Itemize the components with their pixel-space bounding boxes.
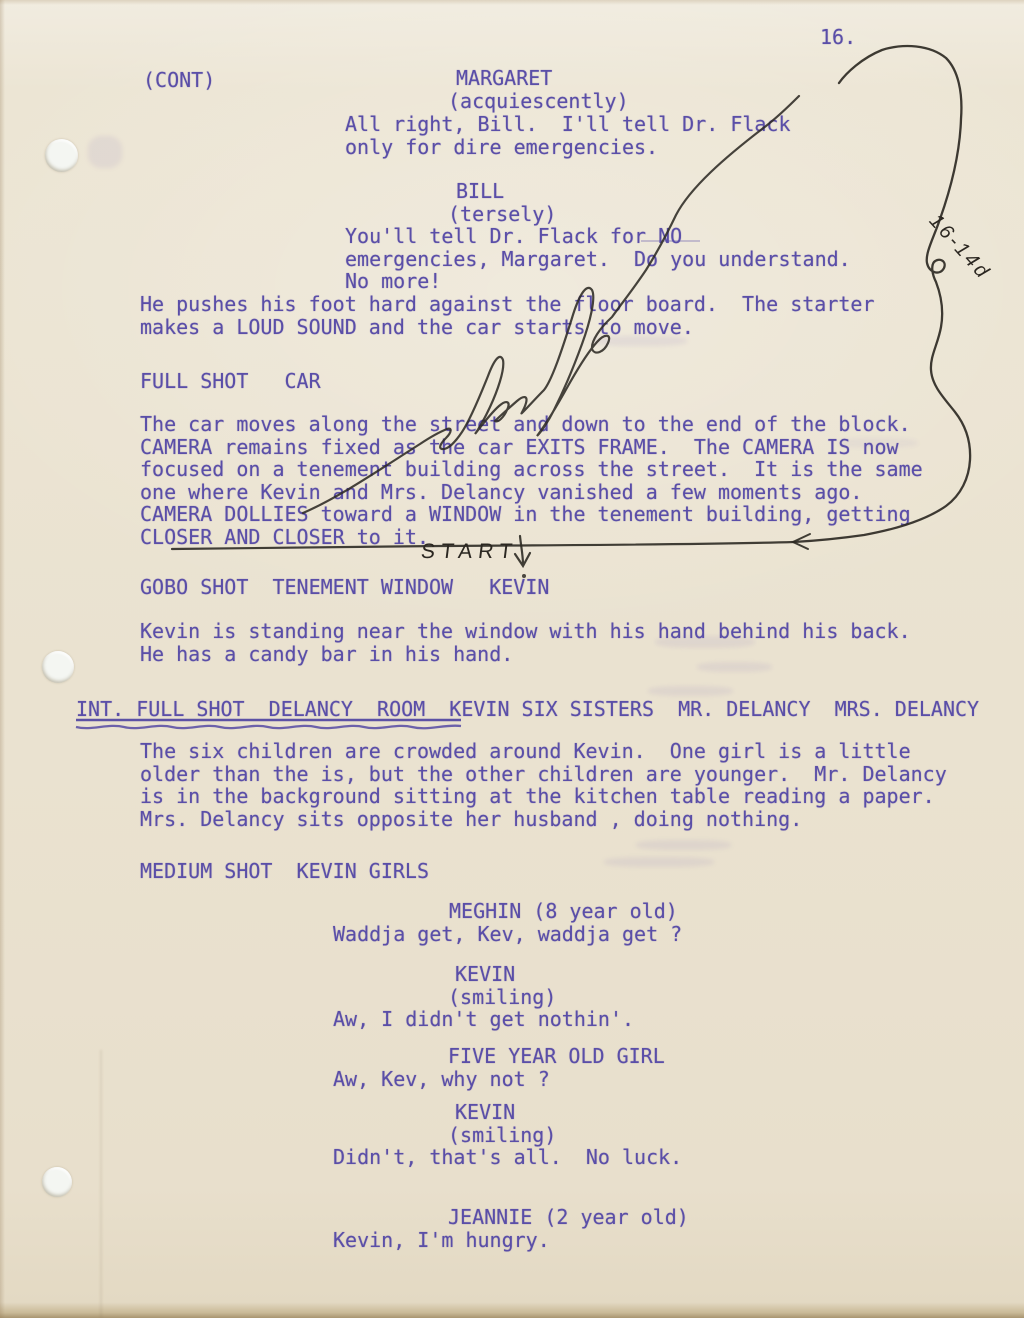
heading-underline-wavy	[76, 726, 461, 729]
dialogue-line: Aw, I didn't get nothin'.	[333, 1008, 634, 1031]
action-paragraph: He pushes his foot hard against the floo…	[140, 293, 875, 338]
character-cue: MEGHIN (8 year old)	[449, 900, 678, 923]
page-number: 16.	[820, 26, 856, 49]
character-cue: KEVIN	[455, 1101, 515, 1124]
ink-smudge	[648, 686, 733, 696]
scene-ref-annotation: 16-14d	[924, 210, 995, 285]
scene-heading: GOBO SHOT TENEMENT WINDOW KEVIN	[140, 576, 549, 599]
dialogue-line: Didn't, that's all. No luck.	[333, 1146, 682, 1169]
parenthetical: (tersely)	[448, 203, 556, 226]
scene-heading: FULL SHOT CAR	[140, 370, 321, 393]
script-page-scan: 16. (CONT) MARGARET (acquiescently) All …	[0, 0, 1024, 1318]
scene-heading: MEDIUM SHOT KEVIN GIRLS	[140, 860, 429, 883]
character-cue: KEVIN	[455, 963, 515, 986]
action-paragraph: Kevin is standing near the window with h…	[140, 620, 911, 665]
action-paragraph: The car moves along the street and down …	[140, 413, 923, 548]
parenthetical: (smiling)	[448, 986, 556, 1009]
action-paragraph: The six children are crowded around Kevi…	[140, 740, 947, 830]
character-cue: FIVE YEAR OLD GIRL	[448, 1045, 665, 1068]
character-cue: JEANNIE (2 year old)	[448, 1206, 689, 1229]
paper-crease	[100, 1050, 102, 1318]
punch-hole-bottom	[42, 1167, 72, 1197]
dialogue-line: All right, Bill. I'll tell Dr. Flack onl…	[345, 113, 791, 158]
scene-heading-underlined-part: INT. FULL SHOT DELANCY ROOM	[76, 697, 425, 721]
ink-smudge	[604, 857, 714, 867]
dialogue-line: Kevin, I'm hungry.	[333, 1229, 550, 1252]
scene-heading-int: INT. FULL SHOT DELANCY ROOM KEVIN SIX SI…	[76, 698, 979, 721]
punch-hole-top	[45, 139, 78, 172]
parenthetical: (smiling)	[448, 1124, 556, 1147]
character-cue: MARGARET	[456, 67, 552, 90]
dialogue-line: You'll tell Dr. Flack for NO emergencies…	[345, 225, 851, 293]
scene-heading-rest: KEVIN SIX SISTERS MR. DELANCY MRS. DELAN…	[425, 697, 979, 721]
character-cue: BILL	[456, 180, 504, 203]
parenthetical: (acquiescently)	[448, 90, 629, 113]
ink-smudge	[636, 840, 731, 850]
dialogue-line: Waddja get, Kev, waddja get ?	[333, 923, 682, 946]
continued-label: (CONT)	[143, 69, 215, 92]
punch-hole-middle	[42, 651, 74, 683]
start-annotation: START	[420, 540, 520, 564]
dialogue-line: Aw, Kev, why not ?	[333, 1068, 550, 1091]
ink-smudge	[88, 136, 122, 168]
